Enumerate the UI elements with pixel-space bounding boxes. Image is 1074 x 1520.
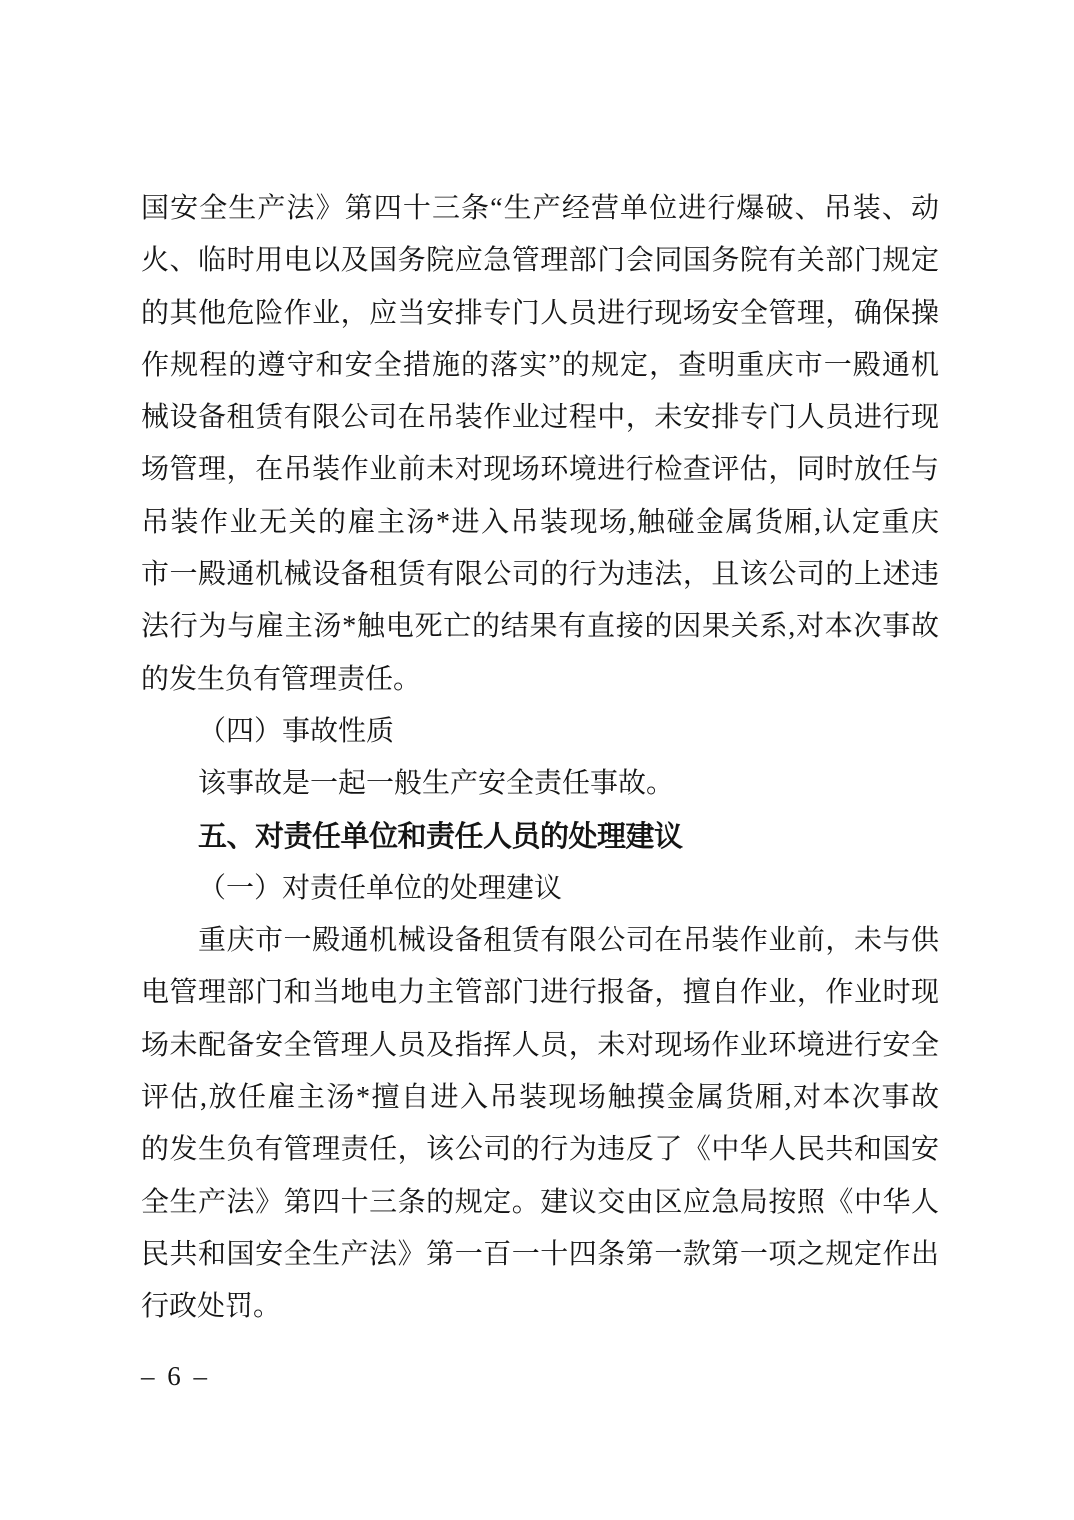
section-heading: 五、对责任单位和责任人员的处理建议 [141, 811, 939, 863]
paragraph-line: 评估,放任雇主汤*擅自进入吊装现场触摸金属货厢,对本次事故 [141, 1072, 939, 1124]
paragraph-line: 械设备租赁有限公司在吊装作业过程中，未安排专门人员进行现 [141, 392, 939, 444]
paragraph-line: 的其他危险作业，应当安排专门人员进行现场安全管理，确保操 [141, 288, 939, 340]
paragraph-line: 的发生负有管理责任。 [141, 654, 939, 706]
paragraph-line: 的发生负有管理责任，该公司的行为违反了《中华人民共和国安 [141, 1124, 939, 1176]
paragraph-line: 全生产法》第四十三条的规定。建议交由区应急局按照《中华人 [141, 1177, 939, 1229]
paragraph-line: 该事故是一起一般生产安全责任事故。 [141, 758, 939, 810]
paragraph-line: 火、临时用电以及国务院应急管理部门会同国务院有关部门规定 [141, 235, 939, 287]
subsection-heading: （一）对责任单位的处理建议 [141, 863, 939, 915]
paragraph-line: 电管理部门和当地电力主管部门进行报备，擅自作业，作业时现 [141, 967, 939, 1019]
document-page: 国安全生产法》第四十三条“生产经营单位进行爆破、吊装、动火、临时用电以及国务院应… [0, 0, 1074, 1520]
paragraph-line: 重庆市一殿通机械设备租赁有限公司在吊装作业前，未与供 [141, 915, 939, 967]
paragraph-line: 民共和国安全生产法》第一百一十四条第一款第一项之规定作出 [141, 1229, 939, 1281]
paragraph-line: 吊装作业无关的雇主汤*进入吊装现场,触碰金属货厢,认定重庆 [141, 497, 939, 549]
paragraph-line: 场未配备安全管理人员及指挥人员，未对现场作业环境进行安全 [141, 1020, 939, 1072]
paragraph-line: 国安全生产法》第四十三条“生产经营单位进行爆破、吊装、动 [141, 183, 939, 235]
subsection-heading: （四）事故性质 [141, 706, 939, 758]
paragraph-line: 行政处罚。 [141, 1281, 939, 1333]
paragraph-line: 法行为与雇主汤*触电死亡的结果有直接的因果关系,对本次事故 [141, 601, 939, 653]
document-body: 国安全生产法》第四十三条“生产经营单位进行爆破、吊装、动火、临时用电以及国务院应… [141, 183, 939, 1334]
paragraph-line: 作规程的遵守和安全措施的落实”的规定，查明重庆市一殿通机 [141, 340, 939, 392]
page-number: – 6 – [141, 1356, 210, 1396]
paragraph-line: 场管理，在吊装作业前未对现场环境进行检查评估，同时放任与 [141, 444, 939, 496]
paragraph-line: 市一殿通机械设备租赁有限公司的行为违法，且该公司的上述违 [141, 549, 939, 601]
